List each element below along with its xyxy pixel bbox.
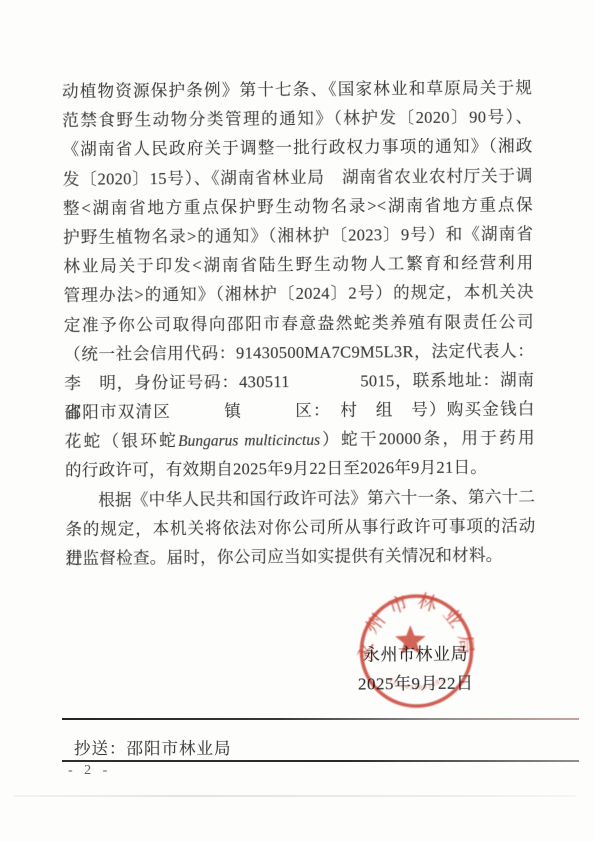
body-line-text: 管理办法>的通知》（湘林护〔2024〕2号）的规定，本机关决 [64, 282, 534, 305]
body-line: 范禁食野生动物分类管理的通知》（林护发〔2020〕90号）、 [62, 102, 532, 135]
body-line: 根据《中华人民共和国行政许可法》第六十一条、第六十二 [65, 482, 535, 515]
body-line-text: 范禁食野生动物分类管理的通知》（林护发〔2020〕90号）、 [62, 107, 532, 130]
body-line: 《湖南省人民政府关于调整一批行政权力事项的通知》（湘政 [62, 132, 532, 165]
body-line: 行监督检查。届时，你公司应当如实提供有关情况和材料。 [66, 540, 536, 573]
body-line: 条的规定，本机关将依法对你公司所从事行政许可事项的活动进 [65, 511, 535, 544]
body-line: 定准予你公司取得向邵阳市春意盎然蛇类养殖有限责任公司 [64, 307, 534, 340]
body-line-text: 发〔2020〕15号）、《湖南省林业局 湖南省农业农村厅关于调 [63, 166, 533, 189]
body-line-text: 的行政许可，有效期自2025年9月22日至2026年9月21日。 [65, 458, 487, 480]
body-line-text: 定准予你公司取得向邵阳市春意盎然蛇类养殖有限责任公司 [64, 312, 534, 335]
body-line: 邵阳市双清区 镇 区： 村 组 号）购买金钱白 [64, 394, 534, 427]
body-line: 花蛇（银环蛇Bungarus multicinctus）蛇干20000条，用于药… [65, 423, 535, 456]
body-text: 动植物资源保护条例》第十七条、《国家林业和草原局关于规范禁食野生动物分类管理的通… [62, 73, 536, 573]
copy-to-label: 抄送： [74, 739, 127, 758]
body-line-text: 行监督检查。届时，你公司应当如实提供有关情况和材料。 [66, 545, 503, 567]
issue-date: 2025年9月22日 [353, 669, 479, 695]
copy-to-line: 抄送：邵阳市林业局 [74, 735, 232, 759]
footer-divider-bottom [62, 760, 579, 762]
issuing-agency: 永州市林业局 [352, 640, 478, 666]
copy-to-recipient: 邵阳市林业局 [127, 739, 232, 758]
body-line-text: 林业局关于印发<湖南省陆生野生动物人工繁育和经营利用 [63, 253, 533, 276]
body-line-text: 护野生植物名录>的通知》（湘林护〔2023〕9号）和《湖南省 [63, 224, 533, 247]
species-latin-name: Bungarus multicinctus [178, 432, 320, 450]
scan-artifact-streak [14, 795, 576, 797]
body-line: 护野生植物名录>的通知》（湘林护〔2023〕9号）和《湖南省 [63, 219, 533, 252]
body-line-text: 花蛇（银环蛇 [65, 431, 178, 451]
page-number: - 2 - [68, 763, 111, 779]
body-line: （统一社会信用代码：91430500MA7C9M5L3R，法定代表人： [64, 336, 534, 369]
body-line: 的行政许可，有效期自2025年9月22日至2026年9月21日。 [65, 453, 535, 486]
body-line-text: 动植物资源保护条例》第十七条、《国家林业和草原局关于规 [62, 78, 532, 101]
body-line: 林业局关于印发<湖南省陆生野生动物人工繁育和经营利用 [63, 248, 533, 281]
body-line: 管理办法>的通知》（湘林护〔2024〕2号）的规定，本机关决 [64, 277, 534, 310]
body-line: 整<湖南省地方重点保护野生动物名录><湖南省地方重点保 [63, 190, 533, 223]
body-line-text: 邵阳市双清区 镇 区： 村 组 号）购买金钱白 [65, 399, 535, 422]
body-line: 动植物资源保护条例》第十七条、《国家林业和草原局关于规 [62, 73, 532, 106]
body-line-text: （统一社会信用代码：91430500MA7C9M5L3R，法定代表人： [64, 341, 534, 364]
body-line-text: 整<湖南省地方重点保护野生动物名录><湖南省地方重点保 [63, 195, 533, 218]
footer-divider-top [62, 718, 579, 720]
body-line-text: 《湖南省人民政府关于调整一批行政权力事项的通知》（湘政 [62, 137, 532, 160]
body-line-text: 根据《中华人民共和国行政许可法》第六十一条、第六十二 [98, 487, 535, 509]
body-line-text: ）蛇干20000条，用于药用 [320, 428, 535, 449]
body-line: 发〔2020〕15号）、《湖南省林业局 湖南省农业农村厅关于调 [63, 161, 533, 194]
scan-tilt-layer: 动植物资源保护条例》第十七条、《国家林业和草原局关于规范禁食野生动物分类管理的通… [0, 0, 595, 842]
document-page: 动植物资源保护条例》第十七条、《国家林业和草原局关于规范禁食野生动物分类管理的通… [0, 0, 595, 842]
body-line: 李 明，身份证号码：430511 5015，联系地址：湖南省 [64, 365, 534, 398]
